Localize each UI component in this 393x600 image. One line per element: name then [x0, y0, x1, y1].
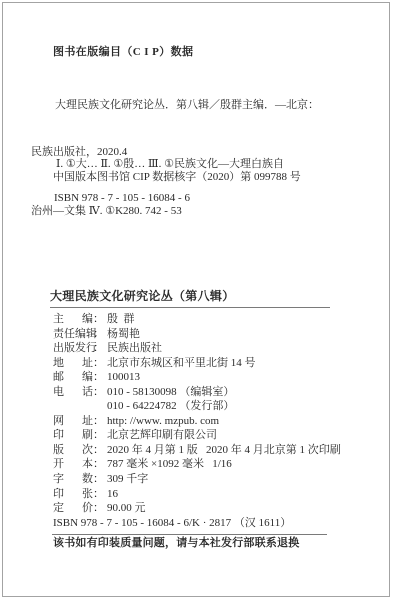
row-label: 印张: [53, 487, 93, 502]
cip-entry-line-1: 大理民族文化研究论丛．第八辑／殷群主编．—北京：: [55, 98, 319, 114]
row-label: 印刷: [53, 428, 93, 443]
row-label: 版次: [53, 443, 93, 458]
row-value: 010 - 58130098 （编辑室）: [107, 386, 234, 398]
colophon-isbn-line: ISBN 978 - 7 - 105 - 16084 - 6/K · 2817 …: [53, 516, 341, 531]
book-title: 大理民族文化研究论丛（第八辑）: [50, 289, 235, 303]
row-label: 责任编辑: [53, 327, 93, 342]
cip-record-line: 中国版本图书馆 CIP 数据核字（2020）第 099788 号: [53, 170, 301, 186]
row-colon: ：: [93, 414, 104, 429]
row-colon: ：: [93, 341, 104, 356]
row-value: 2020 年 4 月第 1 版 2020 年 4 月北京第 1 次印刷: [107, 444, 341, 456]
colophon-row-printer: 印刷：北京艺辉印刷有限公司: [53, 428, 341, 443]
row-label: 字数: [53, 472, 93, 487]
row-colon: ：: [93, 487, 104, 502]
row-label: 定价: [53, 501, 93, 516]
row-colon: ：: [93, 443, 104, 458]
colophon-row-publisher: 出版发行：民族出版社: [53, 341, 341, 356]
row-value: 010 - 64224782 （发行部）: [107, 400, 234, 412]
colophon-row-editor: 主编：殷 群: [53, 312, 341, 327]
cip-class-line-2: 治州—文集 Ⅳ. ①K280. 742 - 53: [31, 204, 284, 220]
quality-notice: 该书如有印装质量问题，请与本社发行部联系退换: [53, 536, 299, 550]
colophon-row-address: 地址：北京市东城区和平里北街 14 号: [53, 356, 341, 371]
colophon-row-postcode: 邮编：100013: [53, 370, 341, 385]
row-colon: ：: [93, 327, 104, 342]
footer-rule: [52, 534, 327, 535]
colophon-row-phone-2: ：010 - 64224782 （发行部）: [53, 399, 341, 414]
row-label: 开本: [53, 457, 93, 472]
row-value: 787 毫米 ×1092 毫米 1/16: [107, 458, 232, 470]
colophon-row-phone: 电话：010 - 58130098 （编辑室）: [53, 385, 341, 400]
copyright-page: { "cip": { "heading": "图书在版编目（C I P）数据",…: [0, 0, 393, 600]
row-colon: ：: [93, 428, 104, 443]
row-value: 殷 群: [107, 313, 135, 325]
colophon-row-sheets: 印张：16: [53, 487, 341, 502]
row-label: 电话: [53, 385, 93, 400]
row-value: 90.00 元: [107, 502, 146, 514]
row-colon: ：: [93, 385, 104, 400]
row-value: 民族出版社: [107, 342, 162, 354]
row-value: http: //www. mzpub. com: [107, 415, 219, 427]
row-value: 309 千字: [107, 473, 148, 485]
colophon-row-responsible-editor: 责任编辑：杨蜀艳: [53, 327, 341, 342]
cip-heading: 图书在版编目（C I P）数据: [53, 45, 193, 61]
row-value: 杨蜀艳: [107, 328, 140, 340]
row-label: 主编: [53, 312, 93, 327]
row-colon: ：: [93, 370, 104, 385]
row-colon: ：: [93, 356, 104, 371]
row-label: 出版发行: [53, 341, 93, 356]
row-colon: ：: [93, 501, 104, 516]
colophon-row-price: 定价：90.00 元: [53, 501, 341, 516]
row-label: 邮编: [53, 370, 93, 385]
colophon-row-format: 开本：787 毫米 ×1092 毫米 1/16: [53, 457, 341, 472]
row-colon: ：: [93, 472, 104, 487]
row-label: 地址: [53, 356, 93, 371]
row-colon: ：: [93, 312, 104, 327]
row-value: 北京艺辉印刷有限公司: [107, 429, 217, 441]
row-value: 100013: [107, 371, 140, 383]
row-colon: ：: [93, 457, 104, 472]
row-value: 北京市东城区和平里北街 14 号: [107, 357, 256, 369]
row-label: 网址: [53, 414, 93, 429]
row-value: 16: [107, 488, 118, 500]
colophon-row-website: 网址：http: //www. mzpub. com: [53, 414, 341, 429]
colophon-rows: 主编：殷 群 责任编辑：杨蜀艳 出版发行：民族出版社 地址：北京市东城区和平里北…: [53, 312, 341, 530]
colophon-row-word-count: 字数：309 千字: [53, 472, 341, 487]
colophon-row-edition: 版次：2020 年 4 月第 1 版 2020 年 4 月北京第 1 次印刷: [53, 443, 341, 458]
title-rule: [50, 307, 330, 308]
